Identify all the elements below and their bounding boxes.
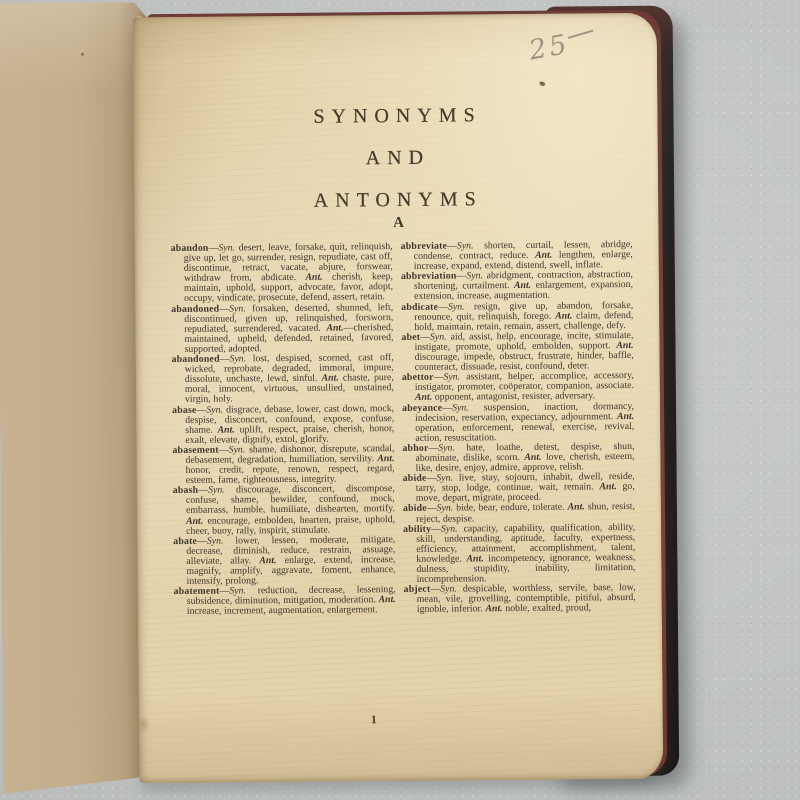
column-right: abbreviate—Syn. shorten, curtail, lessen… xyxy=(401,240,636,615)
dictionary-entry: abide—Syn. live, stay, sojourn, inhabit,… xyxy=(403,472,635,504)
handwritten-price: 25 xyxy=(527,24,600,67)
dictionary-entry: abhor—Syn. hate, loathe, detest, despise… xyxy=(402,442,634,474)
dictionary-entry: abatement—Syn. reduction, decrease, less… xyxy=(174,585,396,617)
dictionary-entry: abash—Syn. discourage, disconcert, disco… xyxy=(173,484,395,536)
page-number: 1 xyxy=(139,712,609,728)
book: 25 SYNONYMS AND ANTONYMS A abandon—Syn. … xyxy=(0,0,800,800)
dictionary-entry: abettor—Syn. assistant, helper, accompli… xyxy=(402,371,634,403)
dictionary-entry: abet—Syn. aid, assist, help, encourage, … xyxy=(401,331,633,373)
page-title: SYNONYMS AND ANTONYMS xyxy=(169,97,626,227)
title-line-1: SYNONYMS xyxy=(169,97,625,143)
dictionary-entry: abandon—Syn. desert, leave, forsake, qui… xyxy=(171,242,394,304)
dictionary-entry: ability—Syn. capacity, capability, quali… xyxy=(403,523,636,586)
dictionary-entry: abject—Syn. despicable, worthless, servi… xyxy=(404,583,636,615)
dictionary-page: 25 SYNONYMS AND ANTONYMS A abandon—Syn. … xyxy=(133,13,664,784)
pencil-dash-stroke xyxy=(568,30,593,39)
left-blank-page xyxy=(0,2,154,797)
column-left: abandon—Syn. desert, leave, forsake, qui… xyxy=(171,242,396,617)
paper-speck xyxy=(81,53,84,56)
dictionary-entry: abasement—Syn. shame, dishonor, disreput… xyxy=(172,444,394,486)
dictionary-entry: abase—Syn. disgrace, debase, lower, cast… xyxy=(172,404,394,446)
pencil-mark xyxy=(539,81,546,87)
table-surface: 25 SYNONYMS AND ANTONYMS A abandon—Syn. … xyxy=(0,0,800,800)
dictionary-entry: abbreviation—Syn. abridgment, contractio… xyxy=(401,270,633,302)
dictionary-entry: abandoned—Syn. forsaken, deserted, shunn… xyxy=(171,303,393,355)
section-heading: A xyxy=(170,213,626,234)
pencil-note-text: 25 xyxy=(527,29,572,67)
dictionary-entry: abeyance—Syn. suspension, inaction, dorm… xyxy=(402,401,634,443)
dictionary-entry: abandoned—Syn. lost, despised, scorned, … xyxy=(172,353,394,405)
title-line-2: AND xyxy=(170,139,626,185)
dictionary-entry: abbreviate—Syn. shorten, curtail, lessen… xyxy=(401,240,633,272)
dictionary-entry: abate—Syn. lower, lessen, moderate, miti… xyxy=(173,535,395,587)
entry-columns: abandon—Syn. desert, leave, forsake, qui… xyxy=(171,240,636,617)
dictionary-entry: abdicate—Syn. resign, give up, abandon, … xyxy=(401,301,633,333)
